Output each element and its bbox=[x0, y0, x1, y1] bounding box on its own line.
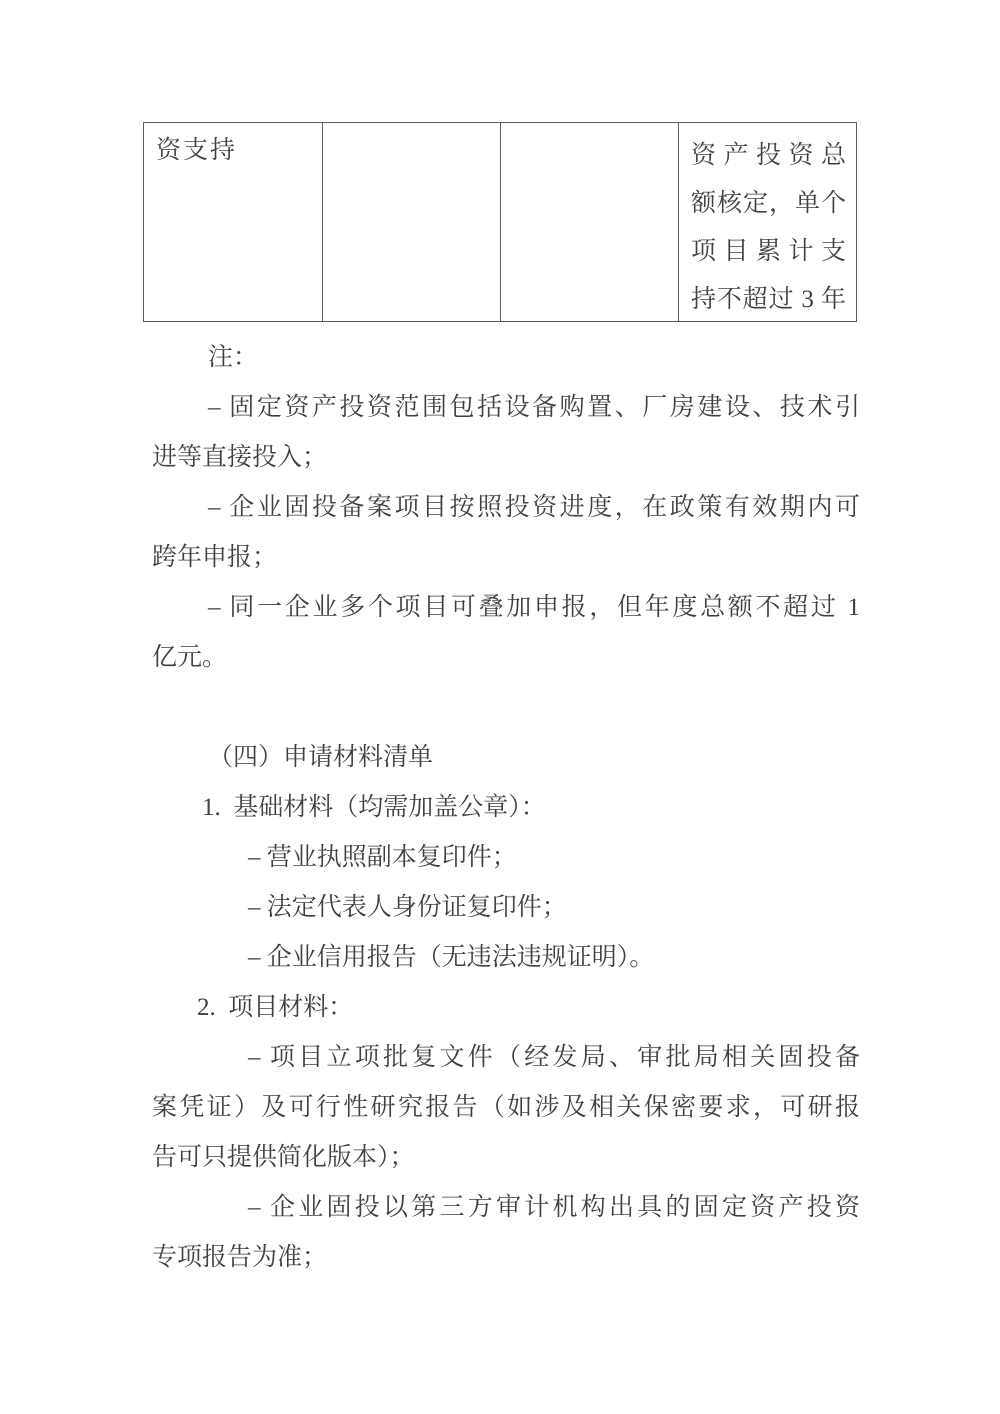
body-text-line: – 项目立项批复文件（经发局、审批局相关固投备 bbox=[152, 1033, 860, 1083]
body-text-line: – 同一企业多个项目可叠加申报，但年度总额不超过 1 bbox=[152, 583, 860, 633]
document-body: 注：– 固定资产投资范围包括设备购置、厂房建设、技术引进等直接投入；– 企业固投… bbox=[152, 333, 860, 1283]
document-page: 资支持 资产投资总额核定，单个项目累计支持不超过 3 年 注：– 固定资产投资范… bbox=[0, 0, 1000, 1414]
body-text-line: 进等直接投入； bbox=[152, 433, 860, 483]
body-text-line: – 企业信用报告（无违法违规证明）。 bbox=[152, 933, 860, 983]
table-cell-text-line: 额核定，单个 bbox=[691, 180, 846, 228]
body-text-line: – 营业执照副本复印件； bbox=[152, 833, 860, 883]
body-text-line: 跨年申报； bbox=[152, 533, 860, 583]
body-text-line: – 法定代表人身份证复印件； bbox=[152, 883, 860, 933]
body-text-line: 注： bbox=[152, 333, 860, 383]
table-cell-support-standard: 资产投资总额核定，单个项目累计支持不超过 3 年 bbox=[679, 123, 856, 321]
body-text-line: – 固定资产投资范围包括设备购置、厂房建设、技术引 bbox=[152, 383, 860, 433]
table-cell-empty-2 bbox=[501, 123, 679, 321]
body-text-line: 专项报告为准； bbox=[152, 1233, 860, 1283]
body-text-line: （四）申请材料清单 bbox=[152, 733, 860, 783]
body-text-line: 亿元。 bbox=[152, 633, 860, 683]
table-cell-empty-1 bbox=[323, 123, 501, 321]
body-text-line: 2. 项目材料： bbox=[152, 983, 860, 1033]
table-cell-text-line: 项目累计支 bbox=[691, 228, 846, 276]
table-cell-text-line: 持不超过 3 年 bbox=[691, 276, 846, 321]
body-text-line: 1. 基础材料（均需加盖公章）： bbox=[152, 783, 860, 833]
body-text-line bbox=[152, 683, 860, 733]
support-policy-table: 资支持 资产投资总额核定，单个项目累计支持不超过 3 年 bbox=[143, 122, 857, 322]
body-text-line: – 企业固投以第三方审计机构出具的固定资产投资 bbox=[152, 1183, 860, 1233]
table-cell-text-line: 资产投资总 bbox=[691, 132, 846, 180]
body-text-line: – 企业固投备案项目按照投资进度，在政策有效期内可 bbox=[152, 483, 860, 533]
body-text-line: 告可只提供简化版本）； bbox=[152, 1133, 860, 1183]
body-text-line: 案凭证）及可行性研究报告（如涉及相关保密要求，可研报 bbox=[152, 1083, 860, 1133]
table-cell-policy-name: 资支持 bbox=[144, 123, 323, 321]
